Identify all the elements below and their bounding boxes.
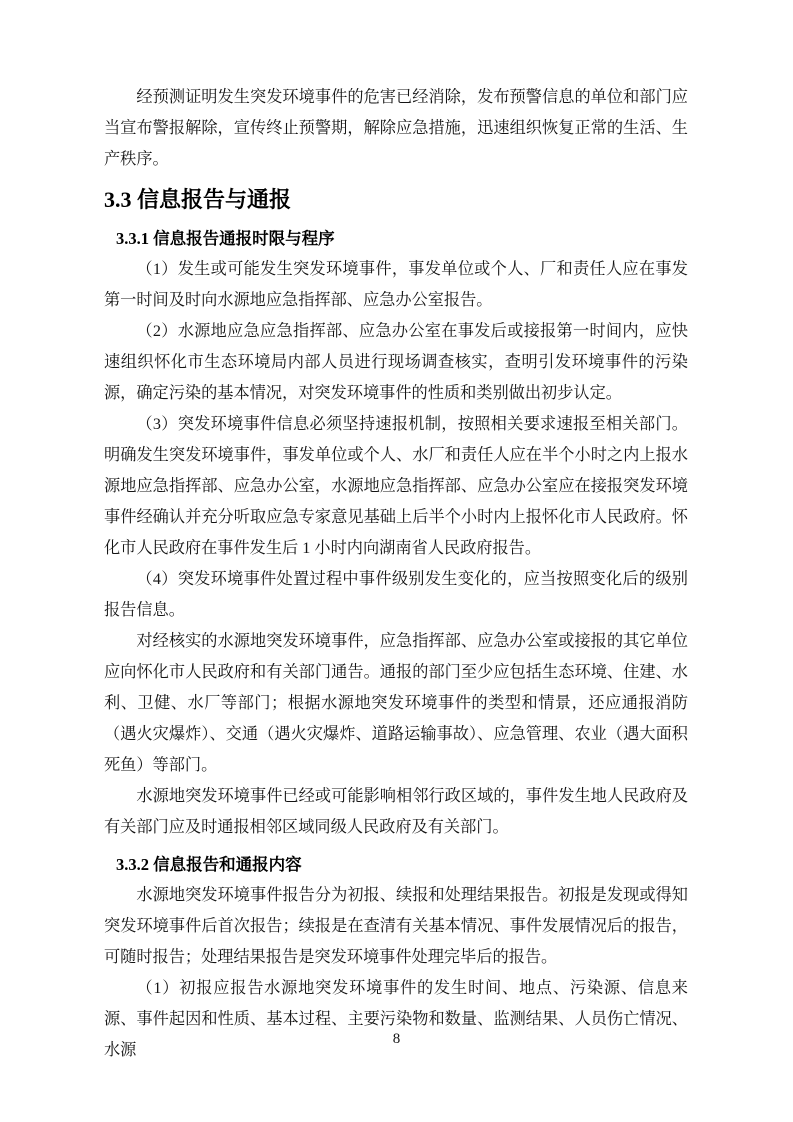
subsection-heading-3-3-1: 3.3.1 信息报告通报时限与程序 <box>116 223 688 254</box>
paragraph: （2）水源地应急应急指挥部、应急办公室在事发后或接报第一时间内，应快速组织怀化市… <box>104 316 688 409</box>
paragraph: （4）突发环境事件处置过程中事件级别发生变化的，应当按照变化后的级别报告信息。 <box>104 564 688 626</box>
paragraph: 水源地突发环境事件报告分为初报、续报和处理结果报告。初报是发现或得知突发环境事件… <box>104 880 688 973</box>
paragraph: 对经核实的水源地突发环境事件，应急指挥部、应急办公室或接报的其它单位应向怀化市人… <box>104 626 688 781</box>
document-page: 经预测证明发生突发环境事件的危害已经消除，发布预警信息的单位和部门应当宣布警报解… <box>0 0 793 1122</box>
paragraph: 水源地突发环境事件已经或可能影响相邻行政区域的，事件发生地人民政府及有关部门应及… <box>104 781 688 843</box>
section-heading-3-3: 3.3 信息报告与通报 <box>104 183 688 217</box>
page-number: 8 <box>0 1028 793 1050</box>
paragraph: （1）初报应报告水源地突发环境事件的发生时间、地点、污染源、信息来源、事件起因和… <box>104 973 688 1066</box>
intro-paragraph: 经预测证明发生突发环境事件的危害已经消除，发布预警信息的单位和部门应当宣布警报解… <box>104 82 688 175</box>
subsection-heading-3-3-2: 3.3.2 信息报告和通报内容 <box>116 849 688 880</box>
paragraph: （3）突发环境事件信息必须坚持速报机制，按照相关要求速报至相关部门。明确发生突发… <box>104 409 688 564</box>
paragraph: （1）发生或可能发生突发环境事件，事发单位或个人、厂和责任人应在事发第一时间及时… <box>104 254 688 316</box>
page-content: 经预测证明发生突发环境事件的危害已经消除，发布预警信息的单位和部门应当宣布警报解… <box>104 82 688 1066</box>
